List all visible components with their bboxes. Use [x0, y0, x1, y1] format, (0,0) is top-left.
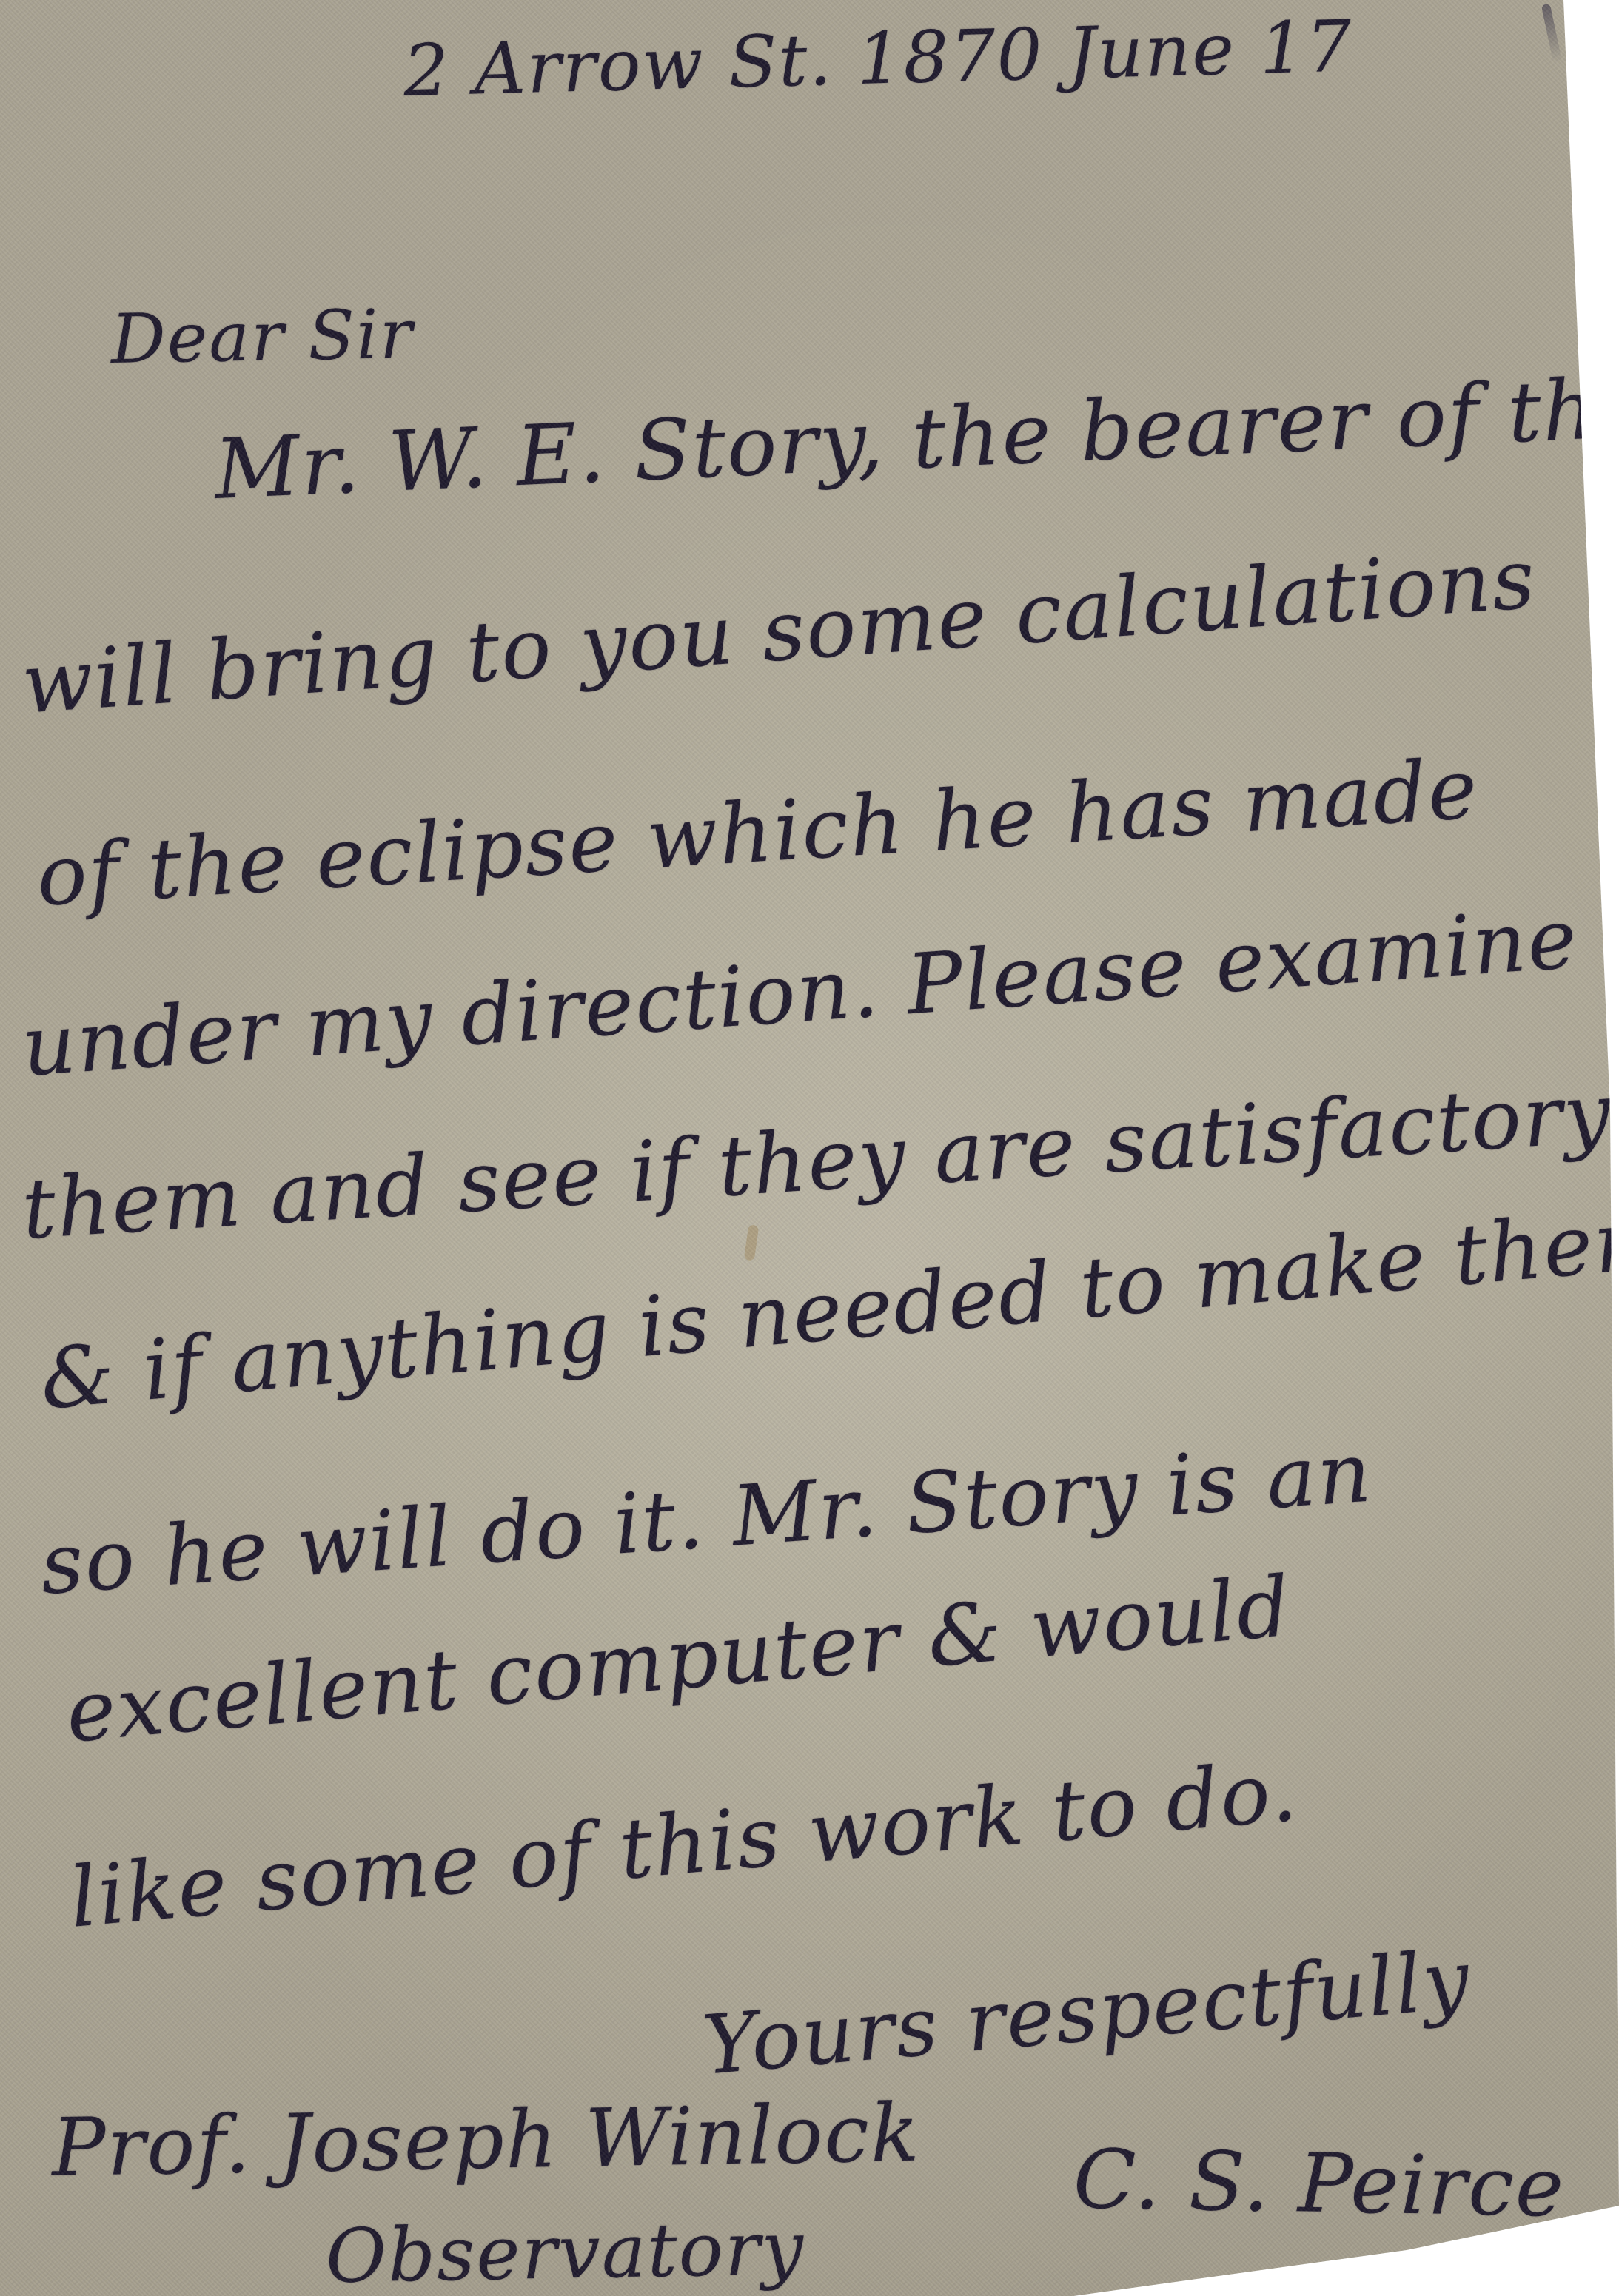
letter-signature: C. S. Peirce: [1073, 2132, 1566, 2235]
ink-edge-mark: [1541, 4, 1562, 64]
letter-closing: Yours respectfully: [699, 1932, 1474, 2093]
letter-body-line: will bring to you some calculations: [19, 531, 1539, 733]
letter-date-heading: 2 Arrow St. 1870 June 17: [403, 4, 1355, 113]
letter-body-line: under my direction. Please examine: [19, 890, 1581, 1095]
addressee-location: Observatory: [325, 2205, 805, 2296]
letter-body-line: Mr. W. E. Story, the bearer of this,: [212, 358, 1619, 518]
letter-salutation: Dear Sir: [110, 295, 415, 379]
letter-body-line: like some of this work to do.: [66, 1743, 1301, 1947]
paper-stain: [744, 1224, 760, 1261]
addressee-name: Prof. Joseph Winlock: [51, 2087, 921, 2195]
letter-sheet: 2 Arrow St. 1870 June 17 Dear Sir Mr. W.…: [0, 0, 1619, 2296]
letter-body-line: of the eclipse which he has made: [34, 741, 1481, 925]
